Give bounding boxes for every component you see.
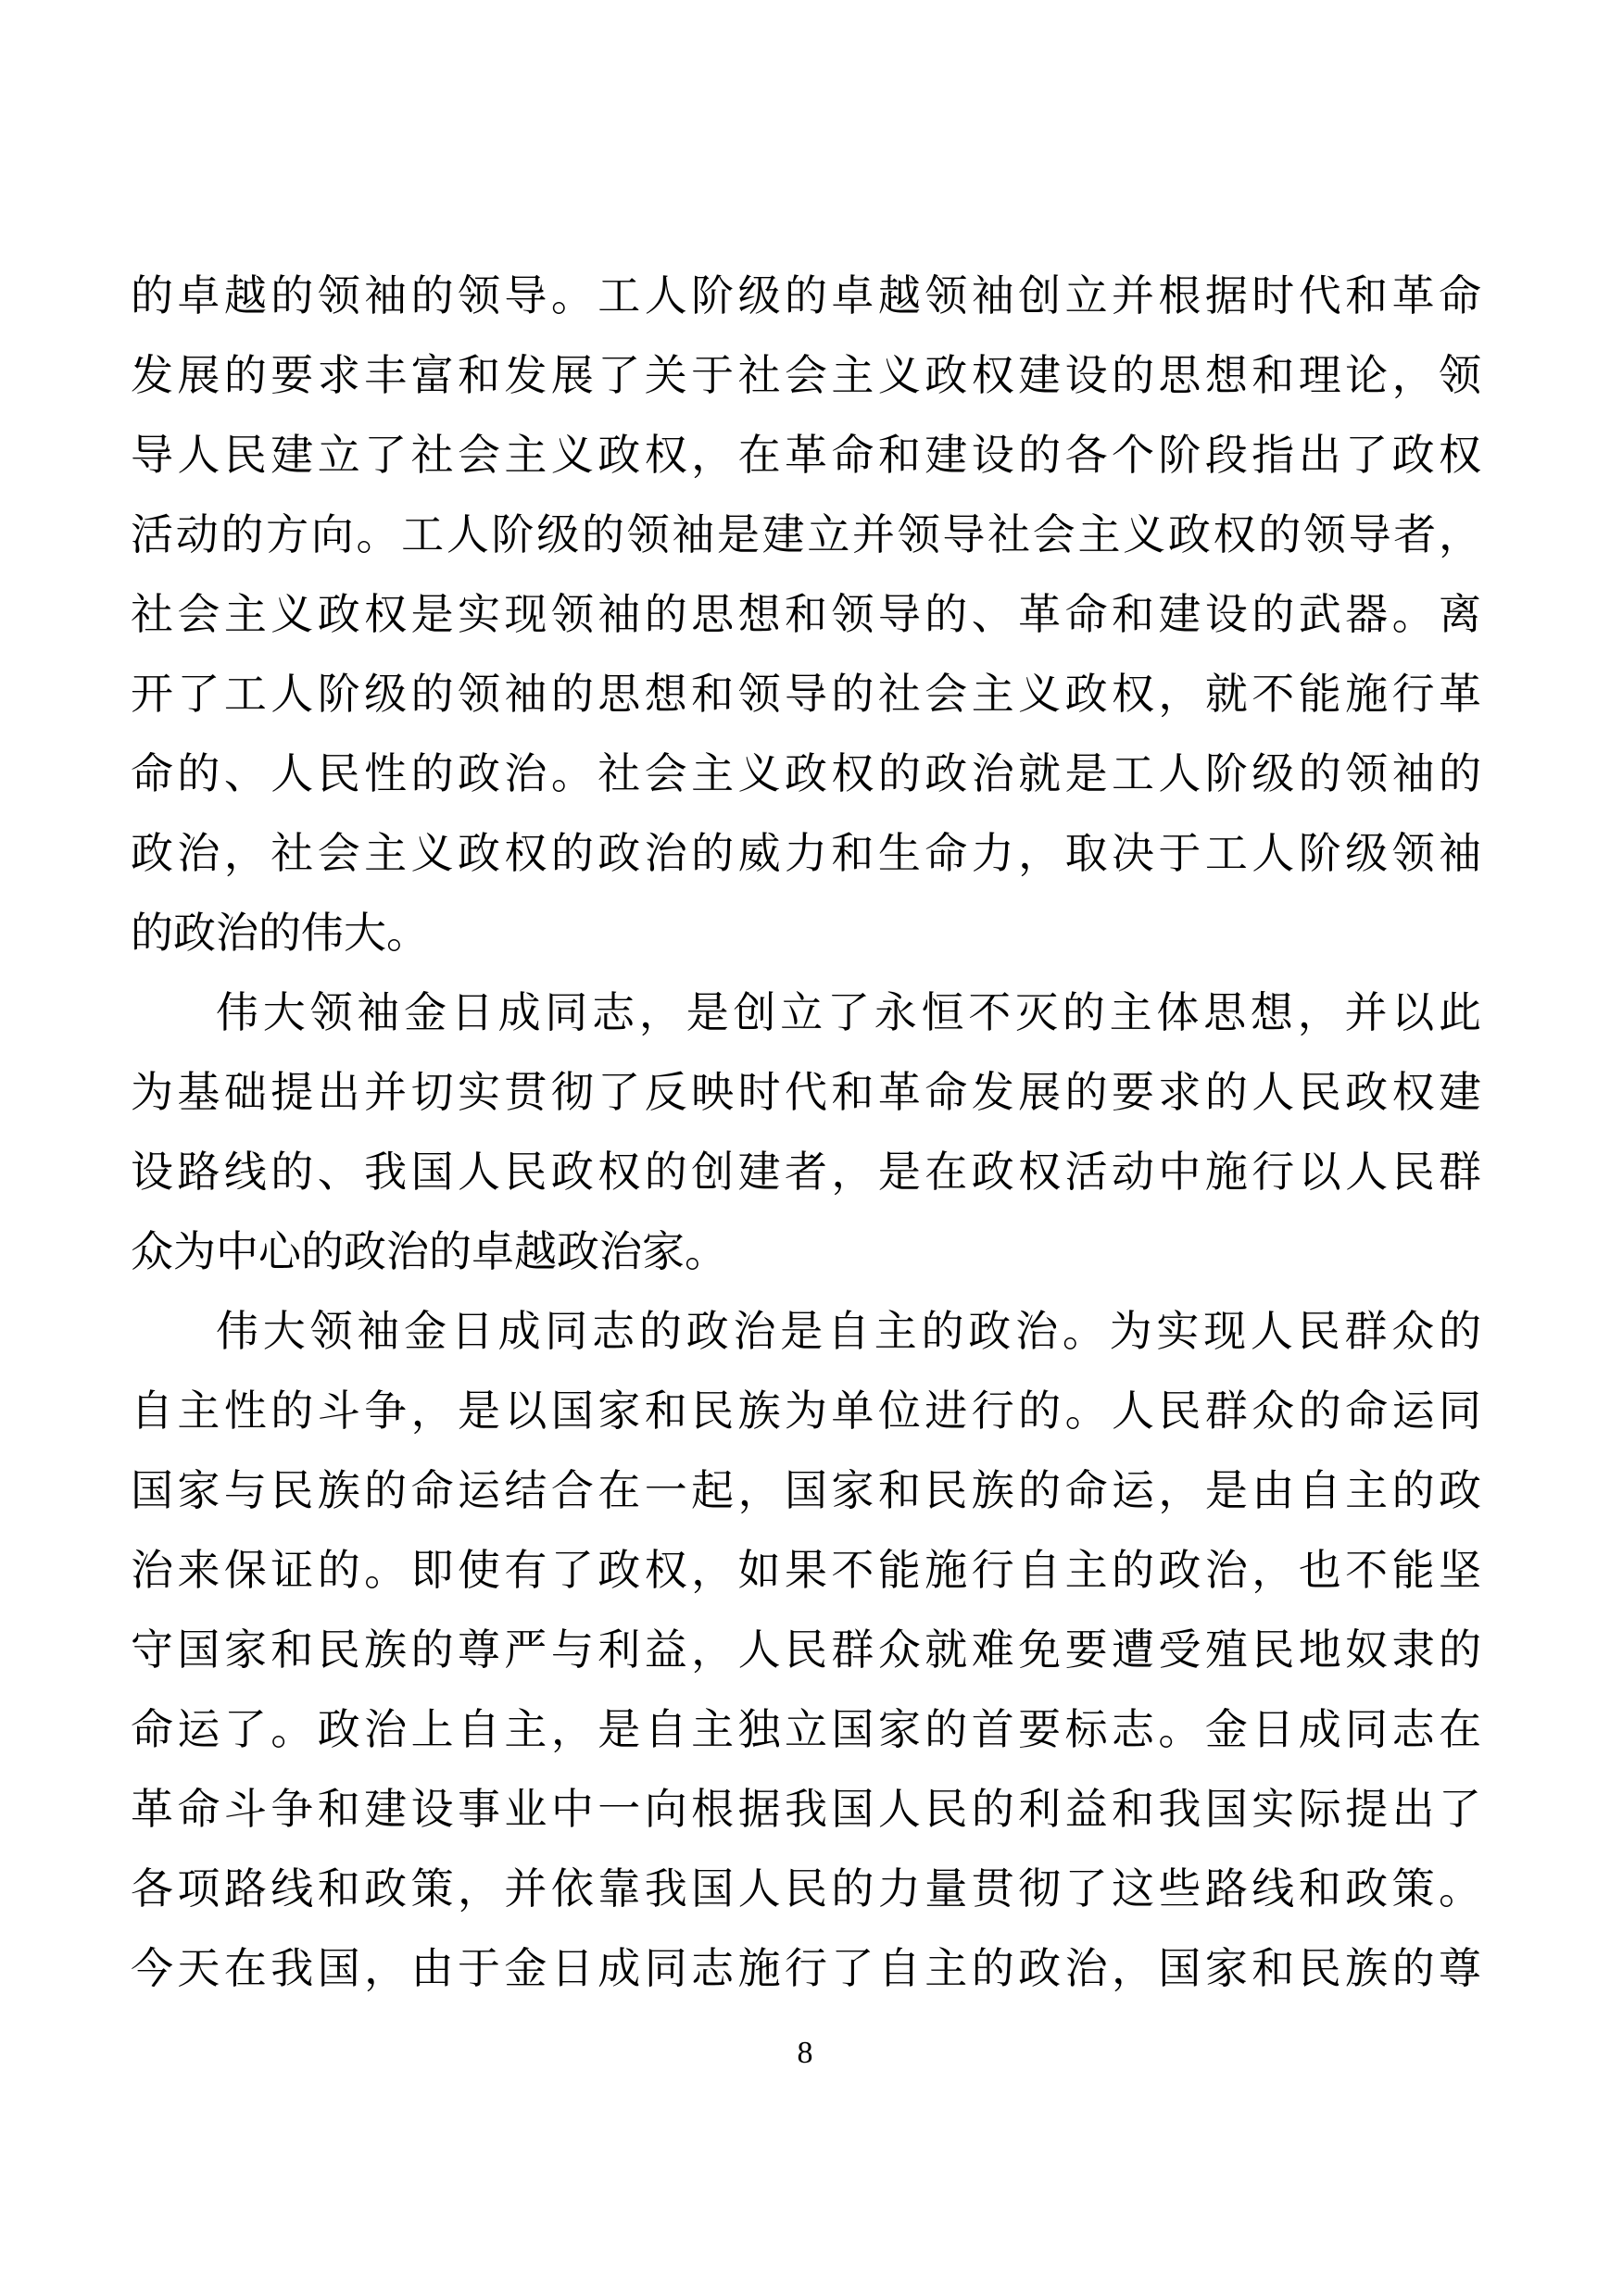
text-line: 命的、人民性的政治。社会主义政权的政治就是工人阶级的领袖的 — [131, 734, 1481, 814]
text-line: 命运了。政治上自主，是自主独立国家的首要标志。金日成同志在 — [131, 1690, 1481, 1770]
text-line: 政治，社会主义政权的政治的威力和生命力，取决于工人阶级领袖 — [131, 814, 1481, 894]
text-line: 导人民建立了社会主义政权，在革命和建设的各个阶段指出了政权 — [131, 416, 1481, 496]
text-line: 伟大领袖金日成同志的政治是自主的政治。为实现人民群众的 — [131, 1292, 1481, 1372]
text-line: 活动的方向。工人阶级的领袖是建立并领导社会主义政权的领导者， — [131, 496, 1481, 575]
text-line: 自主性的斗争，是以国家和民族为单位进行的。人民群众的命运同 — [131, 1372, 1481, 1451]
text-line: 的卓越的领袖的领导。工人阶级的卓越领袖创立并根据时代和革命 — [131, 257, 1481, 336]
text-line: 开了工人阶级的领袖的思想和领导的社会主义政权，就不能施行革 — [131, 655, 1481, 734]
document-page: 的卓越的领袖的领导。工人阶级的卓越领袖创立并根据时代和革命 发展的要求丰富和发展… — [0, 0, 1610, 2296]
text-line: 国家与民族的命运结合在一起，国家和民族的命运，是由自主的政 — [131, 1451, 1481, 1531]
page-number: 8 — [0, 2034, 1610, 2073]
text-line: 社会主义政权是实现领袖的思想和领导的、革命和建设的武器。离 — [131, 575, 1481, 655]
text-line: 设路线的、我国人民政权的创建者，是在政权活动中施行以人民群 — [131, 1133, 1481, 1212]
text-line: 守国家和民族的尊严与利益，人民群众就难免要遭受殖民地奴隶的 — [131, 1611, 1481, 1690]
text-line: 伟大领袖金日成同志，是创立了永恒不灭的主体思想，并以此 — [131, 973, 1481, 1053]
text-line: 发展的要求丰富和发展了关于社会主义政权建设的思想和理论，领 — [131, 336, 1481, 416]
text-line: 治来保证的。即使有了政权，如果不能施行自主的政治，也不能坚 — [131, 1531, 1481, 1611]
body-text: 的卓越的领袖的领导。工人阶级的卓越领袖创立并根据时代和革命 发展的要求丰富和发展… — [131, 257, 1481, 2009]
text-line: 的政治的伟大。 — [131, 894, 1481, 973]
text-line: 众为中心的政治的卓越政治家。 — [131, 1212, 1481, 1292]
text-line: 各项路线和政策，并依靠我国人民的力量贯彻了这些路线和政策。 — [131, 1850, 1481, 1929]
text-line: 今天在我国，由于金日成同志施行了自主的政治，国家和民族的尊 — [131, 1929, 1481, 2009]
text-line: 为基础提出并切实贯彻了反映时代和革命发展的要求的人民政权建 — [131, 1053, 1481, 1133]
text-line: 革命斗争和建设事业中一向根据我国人民的利益和我国实际提出了 — [131, 1770, 1481, 1850]
